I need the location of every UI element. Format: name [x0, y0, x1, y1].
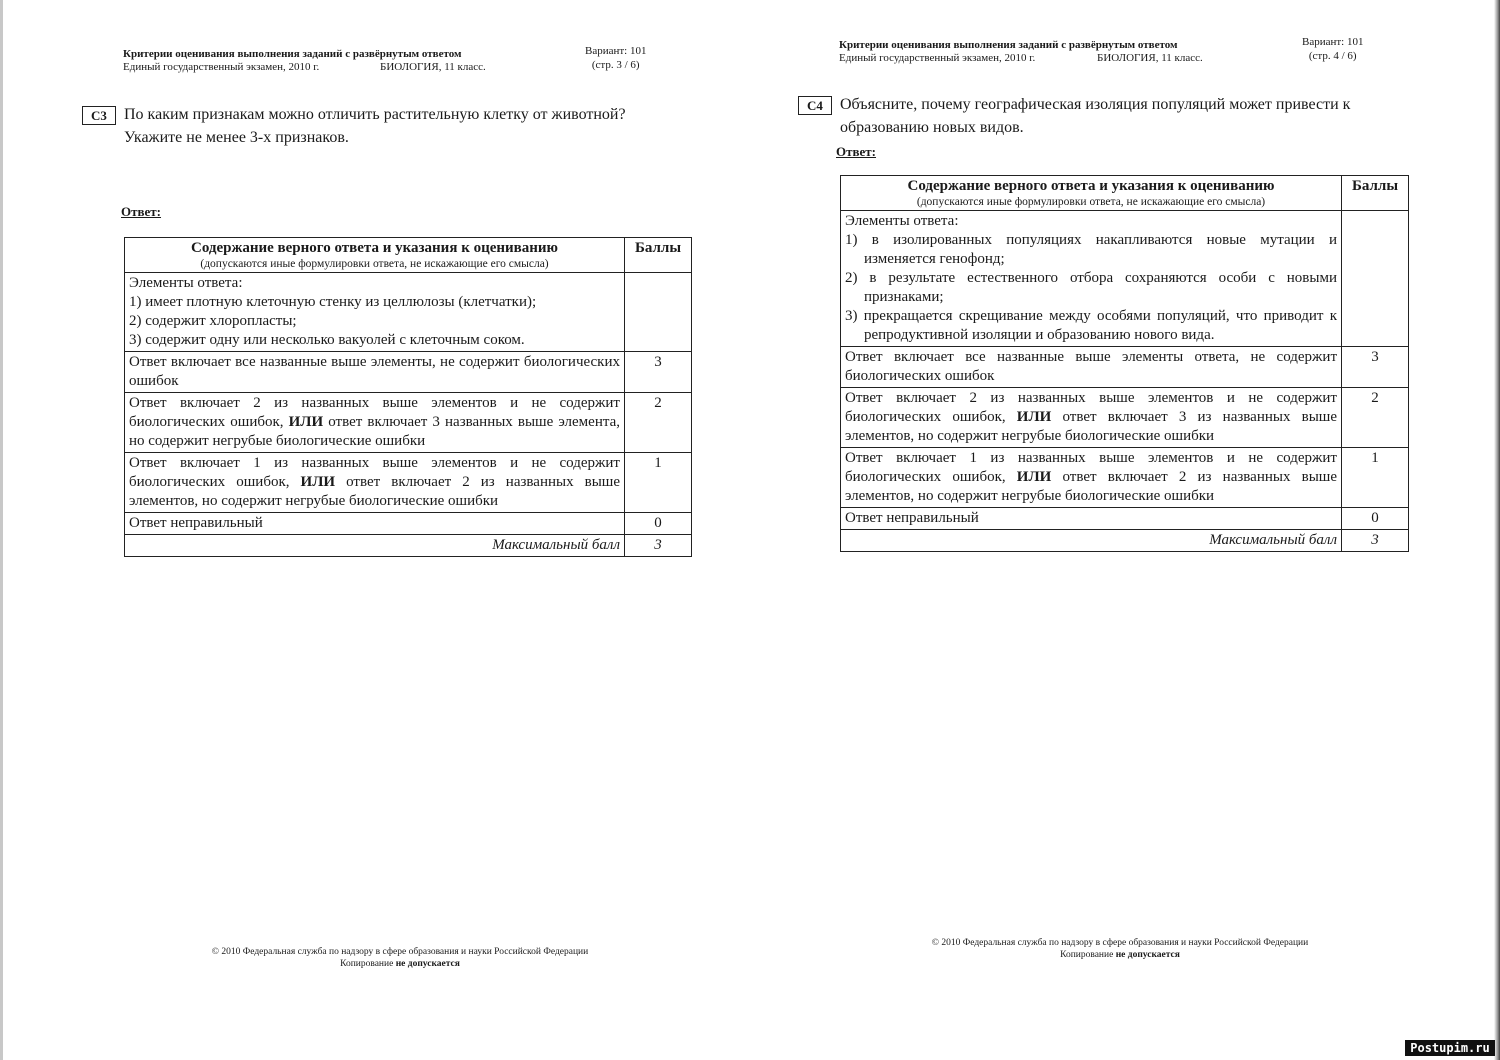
header-note: (допускаются иные формулировки ответа, н… — [845, 196, 1337, 209]
copy-notice: Копирование не допускается — [170, 958, 630, 970]
table-header-row: Содержание верного ответа и указания к о… — [125, 238, 692, 273]
header-content-cell: Содержание верного ответа и указания к о… — [841, 176, 1342, 211]
criterion-score: 2 — [1342, 388, 1409, 448]
page-number: (стр. 4 / 6) — [1302, 49, 1364, 63]
header-score: Баллы — [1342, 176, 1409, 211]
list-item: 1) в изолированных популяциях накапливаю… — [845, 231, 1337, 269]
list-item: 3) прекращается скрещивание между особям… — [845, 307, 1337, 345]
header-subject: БИОЛОГИЯ, 11 класс. — [1097, 52, 1203, 64]
table-header-row: Содержание верного ответа и указания к о… — [841, 176, 1409, 211]
max-score-row: Максимальный балл 3 — [125, 535, 692, 557]
table-row: Ответ включает все названные выше элемен… — [125, 352, 692, 393]
page-number: (стр. 3 / 6) — [585, 58, 647, 72]
max-score-value: 3 — [625, 535, 692, 557]
table-row: Ответ включает все названные выше элемен… — [841, 347, 1409, 388]
list-item: 2) в результате естественного отбора сох… — [845, 269, 1337, 307]
copyright: © 2010 Федеральная служба по надзору в с… — [890, 937, 1350, 949]
max-score-row: Максимальный балл 3 — [841, 530, 1409, 552]
header-note: (допускаются иные формулировки ответа, н… — [129, 258, 620, 271]
list-item: 1) имеет плотную клеточную стенку из цел… — [129, 293, 620, 312]
table-row: Ответ неправильный 0 — [125, 513, 692, 535]
table-row: Ответ неправильный 0 — [841, 508, 1409, 530]
elements-list: 1) в изолированных популяциях накапливаю… — [845, 231, 1337, 345]
elements-list: 1) имеет плотную клеточную стенку из цел… — [129, 293, 620, 350]
table-row: Ответ включает 2 из названных выше элеме… — [841, 388, 1409, 448]
table-row: Ответ включает 2 из названных выше элеме… — [125, 393, 692, 453]
header-variant: Вариант: 101 (стр. 3 / 6) — [585, 44, 647, 72]
criterion-score: 2 — [625, 393, 692, 453]
elements-row: Элементы ответа: 1) имеет плотную клеточ… — [125, 273, 692, 352]
table-row: Ответ включает 1 из названных выше элеме… — [125, 453, 692, 513]
max-score-label: Максимальный балл — [841, 530, 1342, 552]
header-main: Содержание верного ответа и указания к о… — [129, 239, 620, 258]
criterion-text: Ответ включает 1 из названных выше элеме… — [841, 448, 1342, 508]
header-score: Баллы — [625, 238, 692, 273]
answer-label: Ответ: — [836, 144, 876, 160]
elements-title: Элементы ответа: — [845, 212, 1337, 231]
header-content-cell: Содержание верного ответа и указания к о… — [125, 238, 625, 273]
variant-number: Вариант: 101 — [585, 44, 647, 58]
elements-row: Элементы ответа: 1) в изолированных попу… — [841, 211, 1409, 347]
header-title: Критерии оценивания выполнения заданий с… — [123, 48, 462, 61]
page-footer: © 2010 Федеральная служба по надзору в с… — [890, 937, 1350, 961]
copy-notice: Копирование не допускается — [890, 949, 1350, 961]
site-watermark: Postupim.ru — [1405, 1040, 1495, 1056]
task-label: C4 — [798, 96, 832, 115]
answer-label: Ответ: — [121, 204, 161, 220]
criterion-score: 0 — [1342, 508, 1409, 530]
criterion-text: Ответ неправильный — [125, 513, 625, 535]
criterion-text: Ответ включает все названные выше элемен… — [125, 352, 625, 393]
scan-edge — [1494, 0, 1500, 1060]
header-title: Критерии оценивания выполнения заданий с… — [839, 39, 1178, 52]
header-subject: БИОЛОГИЯ, 11 класс. — [380, 61, 486, 73]
header-main: Содержание верного ответа и указания к о… — [845, 177, 1337, 196]
copyright: © 2010 Федеральная служба по надзору в с… — [170, 946, 630, 958]
variant-number: Вариант: 101 — [1302, 35, 1364, 49]
page-4: Критерии оценивания выполнения заданий с… — [750, 0, 1494, 1060]
task-label: C3 — [82, 106, 116, 125]
elements-title: Элементы ответа: — [129, 274, 620, 293]
criterion-score: 3 — [625, 352, 692, 393]
task-question: По каким признакам можно отличить растит… — [124, 103, 669, 149]
criterion-text: Ответ включает 1 из названных выше элеме… — [125, 453, 625, 513]
criterion-score: 1 — [625, 453, 692, 513]
criterion-text: Ответ включает 2 из названных выше элеме… — [125, 393, 625, 453]
list-item: 2) содержит хлоропласты; — [129, 312, 620, 331]
page-footer: © 2010 Федеральная служба по надзору в с… — [170, 946, 630, 970]
criterion-score: 1 — [1342, 448, 1409, 508]
task-question: Объясните, почему географическая изоляци… — [840, 93, 1380, 139]
criterion-score: 0 — [625, 513, 692, 535]
table-row: Ответ включает 1 из названных выше элеме… — [841, 448, 1409, 508]
criterion-score: 3 — [1342, 347, 1409, 388]
header-variant: Вариант: 101 (стр. 4 / 6) — [1302, 35, 1364, 63]
list-item: 3) содержит одну или несколько вакуолей … — [129, 331, 620, 350]
criterion-text: Ответ неправильный — [841, 508, 1342, 530]
page-3: Критерии оценивания выполнения заданий с… — [0, 0, 750, 1060]
criterion-text: Ответ включает 2 из названных выше элеме… — [841, 388, 1342, 448]
max-score-label: Максимальный балл — [125, 535, 625, 557]
max-score-value: 3 — [1342, 530, 1409, 552]
criterion-text: Ответ включает все названные выше элемен… — [841, 347, 1342, 388]
criteria-table: Содержание верного ответа и указания к о… — [124, 237, 692, 557]
criteria-table: Содержание верного ответа и указания к о… — [840, 175, 1409, 552]
